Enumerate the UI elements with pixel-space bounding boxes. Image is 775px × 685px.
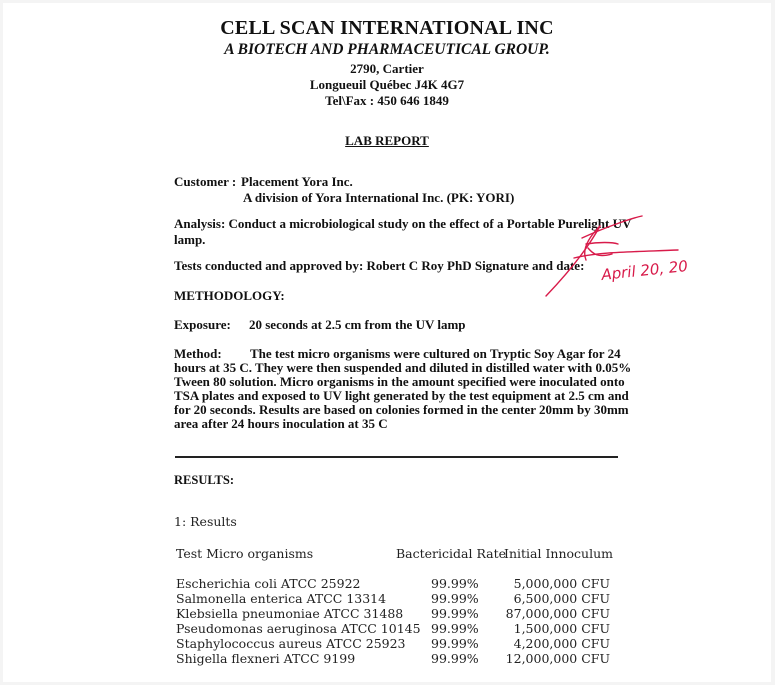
results-heading: RESULTS: [174,473,234,488]
exposure-label: Exposure: [174,317,231,333]
table-row: Salmonella enterica ATCC 1331499.99%6,50… [176,591,626,607]
col-header-organism: Test Micro organisms [176,546,313,561]
innoculum-cell: 5,000,000 CFU [514,576,610,591]
innoculum-cell: 4,200,000 CFU [514,636,610,651]
methodology-heading: METHODOLOGY: [174,288,285,304]
lab-report-page: CELL SCAN INTERNATIONAL INC A BIOTECH AN… [3,3,771,682]
customer-label: Customer : [174,174,236,190]
results-table-header: Test Micro organisms Bactericidal Rate I… [176,546,626,562]
handwritten-signature: April 20, 2009 [538,208,688,303]
table-row: Shigella flexneri ATCC 919999.99%12,000,… [176,651,626,667]
innoculum-cell: 1,500,000 CFU [514,621,610,636]
exposure-value: 20 seconds at 2.5 cm from the UV lamp [249,317,466,333]
results-subheading: 1: Results [174,514,237,529]
address-line-1: 2790, Cartier [3,61,771,77]
company-group: A BIOTECH AND PHARMACEUTICAL GROUP. [3,41,771,59]
organism-cell: Staphylococcus aureus ATCC 25923 [176,636,406,651]
report-title: LAB REPORT [3,133,771,149]
bactericidal-rate-cell: 99.99% [431,576,479,591]
organism-cell: Shigella flexneri ATCC 9199 [176,651,355,666]
table-row: Klebsiella pneumoniae ATCC 3148899.99%87… [176,606,626,622]
phone-fax: Tel\Fax : 450 646 1849 [3,93,771,109]
table-row: Escherichia coli ATCC 2592299.99%5,000,0… [176,576,626,592]
bactericidal-rate-cell: 99.99% [431,651,479,666]
bactericidal-rate-cell: 99.99% [431,591,479,606]
bactericidal-rate-cell: 99.99% [431,636,479,651]
signature-date: April 20, 2009 [600,255,688,284]
company-name: CELL SCAN INTERNATIONAL INC [3,17,771,40]
section-divider [175,456,618,458]
col-header-rate: Bactericidal Rate [396,546,506,561]
bactericidal-rate-cell: 99.99% [431,621,479,636]
col-header-innoculum: Initial Innoculum [504,546,613,561]
analysis-line-2: lamp. [174,232,205,248]
innoculum-cell: 6,500,000 CFU [514,591,610,606]
table-row: Pseudomonas aeruginosa ATCC 1014599.99%1… [176,621,626,637]
table-row: Staphylococcus aureus ATCC 2592399.99%4,… [176,636,626,652]
address-line-2: Longueuil Québec J4K 4G7 [3,77,771,93]
customer-name: Placement Yora Inc. [241,174,353,190]
method-line-6: area after 24 hours inoculation at 35 C [174,416,388,432]
organism-cell: Klebsiella pneumoniae ATCC 31488 [176,606,403,621]
tests-approved-by: Tests conducted and approved by: Robert … [174,258,584,274]
organism-cell: Pseudomonas aeruginosa ATCC 10145 [176,621,421,636]
organism-cell: Salmonella enterica ATCC 13314 [176,591,386,606]
innoculum-cell: 87,000,000 CFU [506,606,610,621]
bactericidal-rate-cell: 99.99% [431,606,479,621]
organism-cell: Escherichia coli ATCC 25922 [176,576,360,591]
customer-division: A division of Yora International Inc. (P… [243,190,514,206]
innoculum-cell: 12,000,000 CFU [506,651,610,666]
